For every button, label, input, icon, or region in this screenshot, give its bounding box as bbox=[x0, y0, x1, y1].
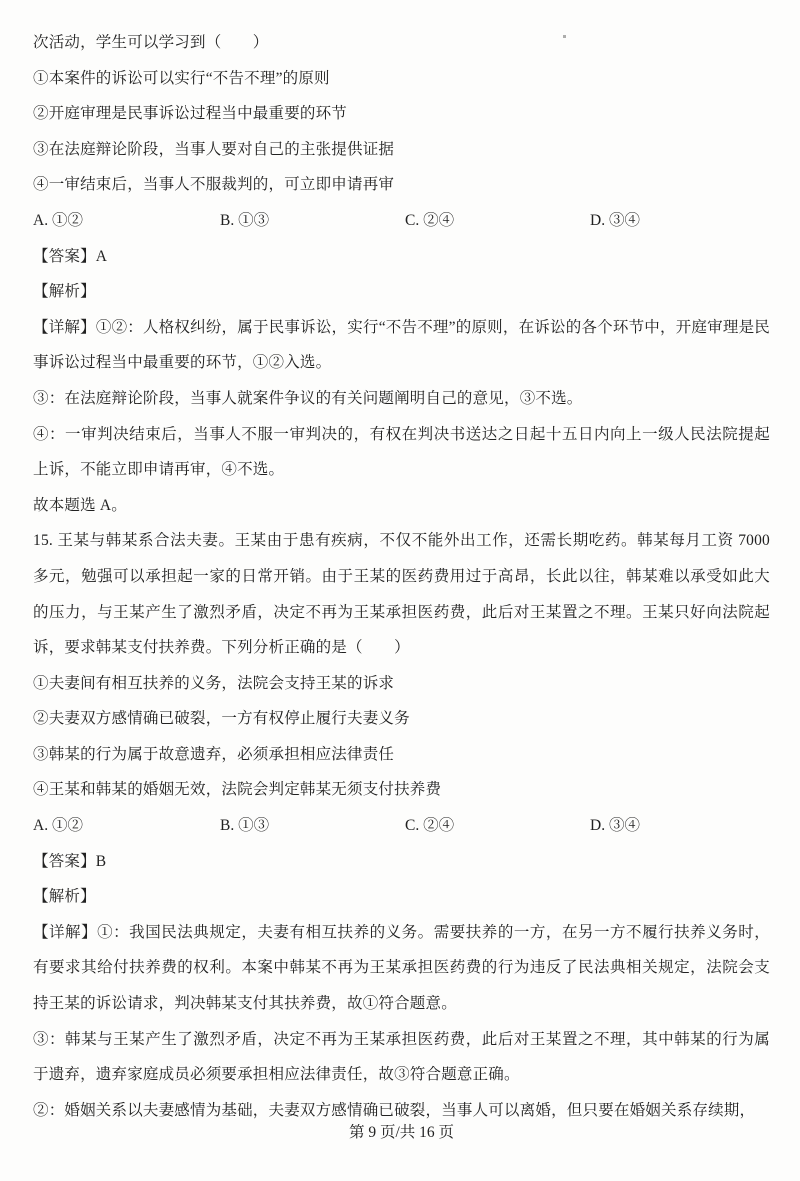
q15-option-4: ④王某和韩某的婚姻无效，法院会判定韩某无须支付扶养费 bbox=[33, 772, 770, 808]
q15-choices-row: A. ①② B. ①③ C. ②④ D. ③④ bbox=[33, 808, 770, 844]
q14-detail-paragraph-1: 【详解】①②：人格权纠纷，属于民事诉讼，实行“不告不理”的原则，在诉讼的各个环节… bbox=[33, 310, 770, 381]
q15-option-3: ③韩某的行为属于故意遗弃，必须承担相应法律责任 bbox=[33, 737, 770, 773]
q15-answer-label: 【答案】B bbox=[33, 844, 770, 880]
q14-choice-b: B. ①③ bbox=[220, 203, 405, 239]
scan-artifact-dot bbox=[563, 35, 566, 38]
q14-conclusion: 故本题选 A。 bbox=[33, 488, 770, 524]
q15-choice-a: A. ①② bbox=[33, 808, 220, 844]
q15-choice-d: D. ③④ bbox=[590, 808, 770, 844]
q14-analysis-label: 【解析】 bbox=[33, 274, 770, 310]
q14-option-1: ①本案件的诉讼可以实行“不告不理”的原则 bbox=[33, 61, 770, 97]
q14-detail-paragraph-2: ③：在法庭辩论阶段，当事人就案件争议的有关问题阐明自己的意见，③不选。 bbox=[33, 381, 770, 417]
q15-detail-paragraph-1: 【详解】①：我国民法典规定，夫妻有相互扶养的义务。需要扶养的一方，在另一方不履行… bbox=[33, 915, 770, 1022]
q14-answer-label: 【答案】A bbox=[33, 239, 770, 275]
q15-choice-b: B. ①③ bbox=[220, 808, 405, 844]
q15-option-2: ②夫妻双方感情确已破裂，一方有权停止履行夫妻义务 bbox=[33, 701, 770, 737]
q14-option-3: ③在法庭辩论阶段，当事人要对自己的主张提供证据 bbox=[33, 132, 770, 168]
q15-detail-paragraph-2: ③：韩某与王某产生了激烈矛盾，决定不再为王某承担医药费，此后对王某置之不理，其中… bbox=[33, 1022, 770, 1093]
q14-choice-c: C. ②④ bbox=[405, 203, 590, 239]
q14-option-2: ②开庭审理是民事诉讼过程当中最重要的环节 bbox=[33, 96, 770, 132]
q14-stem-tail: 次活动，学生可以学习到（ ） bbox=[33, 25, 770, 61]
q14-choice-a: A. ①② bbox=[33, 203, 220, 239]
q15-analysis-label: 【解析】 bbox=[33, 879, 770, 915]
q14-option-4: ④一审结束后，当事人不服裁判的，可立即申请再审 bbox=[33, 167, 770, 203]
q15-stem: 15. 王某与韩某系合法夫妻。王某由于患有疾病，不仅不能外出工作，还需长期吃药。… bbox=[33, 523, 770, 665]
q14-detail-paragraph-3: ④：一审判决结束后，当事人不服一审判决的，有权在判决书送达之日起十五日内向上一级… bbox=[33, 417, 770, 488]
q14-choices-row: A. ①② B. ①③ C. ②④ D. ③④ bbox=[33, 203, 770, 239]
q14-choice-d: D. ③④ bbox=[590, 203, 770, 239]
q15-choice-c: C. ②④ bbox=[405, 808, 590, 844]
exam-answer-page: 次活动，学生可以学习到（ ） ①本案件的诉讼可以实行“不告不理”的原则 ②开庭审… bbox=[0, 0, 800, 1181]
q15-option-1: ①夫妻间有相互扶养的义务，法院会支持王某的诉求 bbox=[33, 666, 770, 702]
